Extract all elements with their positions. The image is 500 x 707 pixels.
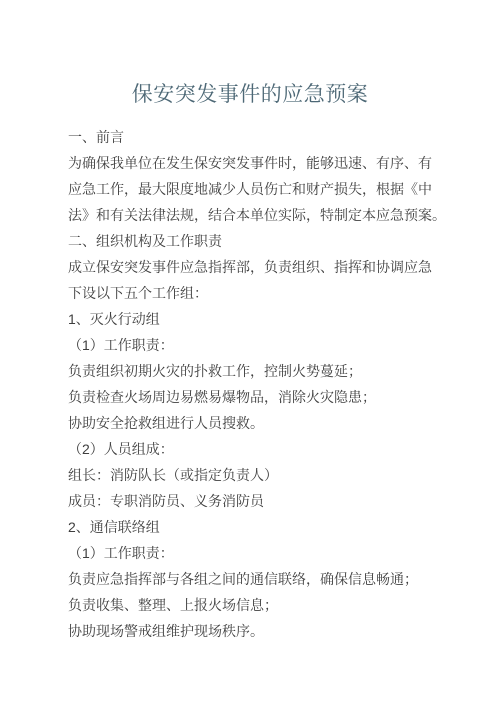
document-body: 一、前言 为确保我单位在发生保安突发事件时，能够迅速、有序、有效地开展消防安全 … [68, 124, 432, 644]
document-line: 为确保我单位在发生保安突发事件时，能够迅速、有序、有效地开展消防安全 [68, 150, 432, 176]
document-line: 2、通信联络组 [68, 514, 432, 540]
document-line: 1、灭火行动组 [68, 306, 432, 332]
document-line: 成立保安突发事件应急指挥部，负责组织、指挥和协调应急工作。应急指挥部 [68, 254, 432, 280]
document-line: 负责收集、整理、上报火场信息； [68, 592, 432, 618]
document-line: 二、组织机构及工作职责 [68, 228, 432, 254]
document-line: 协助现场警戒组维护现场秩序。 [68, 618, 432, 644]
document-line: 协助安全抢救组进行人员搜救。 [68, 410, 432, 436]
document-line: （1）工作职责： [68, 540, 432, 566]
document-line: 成员：专职消防员、义务消防员 [68, 488, 432, 514]
document-line: 负责组织初期火灾的扑救工作，控制火势蔓延； [68, 358, 432, 384]
document-line: 负责应急指挥部与各组之间的通信联络，确保信息畅通； [68, 566, 432, 592]
document-line: 组长：消防队长（或指定负责人） [68, 462, 432, 488]
document-line: 负责检查火场周边易燃易爆物品，消除火灾隐患； [68, 384, 432, 410]
document-line: （2）人员组成： [68, 436, 432, 462]
document-title: 保安突发事件的应急预案 [0, 80, 500, 110]
document-line: 法》和有关法律法规，结合本单位实际，特制定本应急预案。 [68, 202, 432, 228]
document-line: （1）工作职责： [68, 332, 432, 358]
document-page: 保安突发事件的应急预案 一、前言 为确保我单位在发生保安突发事件时，能够迅速、有… [0, 0, 500, 707]
document-line: 下设以下五个工作组： [68, 280, 432, 306]
document-line: 应急工作，最大限度地减少人员伤亡和财产损失，根据《中华人民共和国消防 [68, 176, 432, 202]
document-line: 一、前言 [68, 124, 432, 150]
